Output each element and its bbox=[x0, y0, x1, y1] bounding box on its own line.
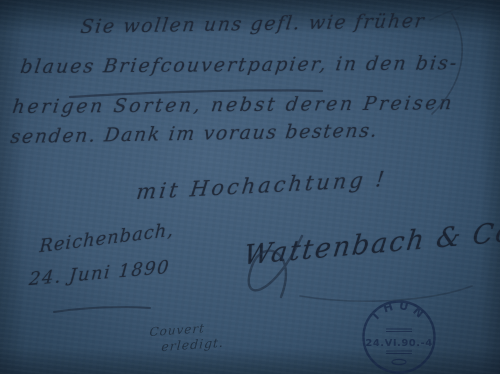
dateline-place: Reichenbach, bbox=[39, 219, 175, 257]
letter-line-3: herigen Sorten, nebst deren Preisen bbox=[11, 92, 455, 118]
corner-flourish bbox=[430, 3, 472, 20]
postmark-stamp: THUN 24.VI.90.-4 bbox=[364, 298, 435, 373]
letter-line-4: senden. Dank im voraus bestens. bbox=[9, 120, 379, 148]
date-underline-stroke bbox=[54, 307, 150, 312]
postmark-posthorn-ornament bbox=[392, 359, 406, 364]
letter-line-2-underlined: blaues Briefcouvertpapier, in den bis- bbox=[19, 52, 460, 78]
postmark-town-text: THUN bbox=[368, 298, 430, 324]
postmark-lower-bars bbox=[386, 351, 412, 354]
annotation-line-2: erledigt. bbox=[161, 335, 225, 354]
dateline-date: 24. Juni 1890 bbox=[28, 257, 171, 291]
letter-sheet: Sie wollen uns gefl. wie früher blaues B… bbox=[0, 0, 500, 374]
postmark-ring bbox=[364, 302, 435, 373]
closing-salutation: mit Hochachtung ! bbox=[135, 167, 388, 204]
letter-line-1: Sie wollen uns gefl. wie früher bbox=[79, 10, 426, 38]
postmark-upper-bars bbox=[386, 329, 412, 332]
postmark-date-text: 24.VI.90.-4 bbox=[365, 338, 432, 349]
signature: Wattenbach & Co. bbox=[242, 216, 500, 272]
signature-underscore-flourish bbox=[300, 286, 472, 301]
